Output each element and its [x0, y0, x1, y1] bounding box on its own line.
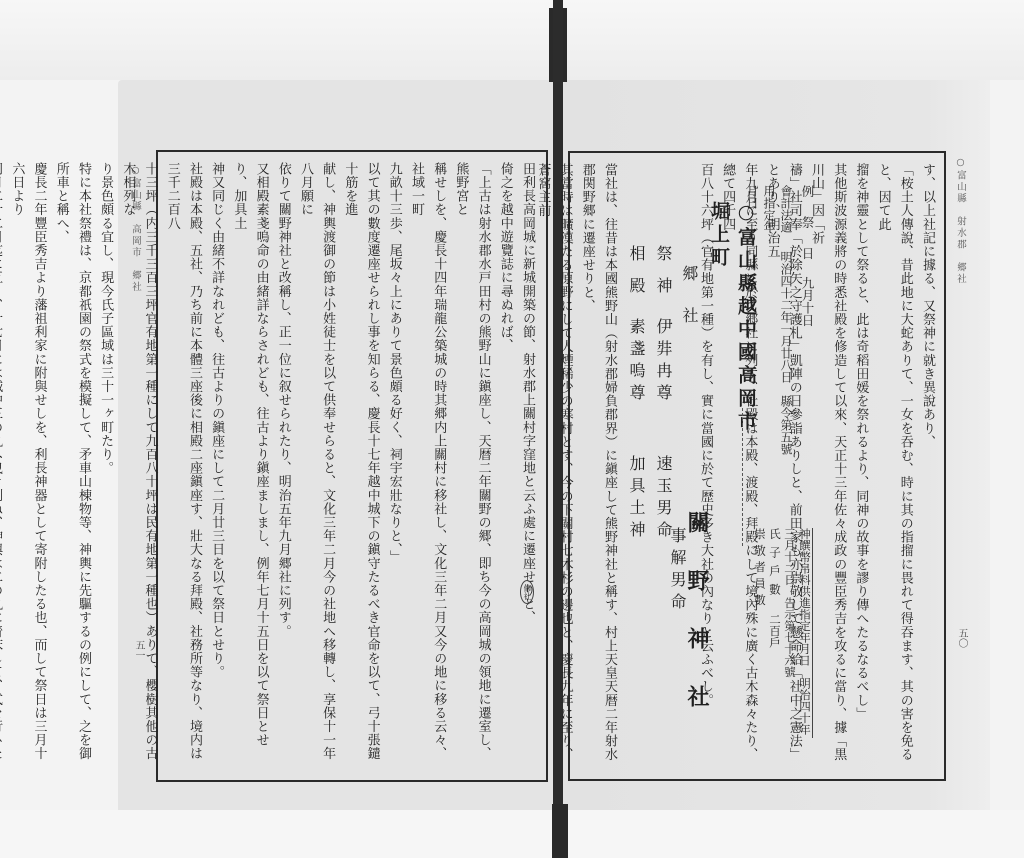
- text-column: 倚之を越中遊覽誌に尋ぬれば、: [494, 162, 516, 770]
- deity-kotosaka: 事解男命: [666, 527, 689, 615]
- text-column: 「桉土人傳說、昔此地に大蛇ありて、一女を吞む、時に其の指㨨に畏れて得吞ます、其の…: [871, 163, 915, 771]
- associated-deities-label: 相殿: [625, 245, 648, 309]
- text-column: 九畝十三歩、尾坂々上にありて景色頗る好く、祠宇宏壯なりと、」: [383, 162, 405, 770]
- offerings-info-box: 神饌幣帛料供進指定年月日 明治四十年三月十二日 告示第七十六號 氏子戶數 二百戶…: [754, 528, 813, 738]
- dashed-separator: [742, 408, 743, 546]
- text-column: 以て其の數度遷座せられし事を知らる、慶長十七年越中城下の鎭守たるべき官命を以て、…: [338, 162, 382, 770]
- text-column: 稱せしを、慶長十四年瑞龍公築城の時其郷内上關村に移社し、文化三年二月又今の地に移…: [405, 162, 449, 770]
- scan-background-bottom: [0, 810, 1024, 858]
- text-column: 社殿は本殿、五社、乃ち前に本體三座後に相殿二座鎭座す、壯大なる拜殿、社務所等なり…: [161, 162, 205, 770]
- right-page-number: 五〇: [954, 628, 969, 648]
- offerings-row: 神饌幣帛料供進指定年月日 明治四十年三月十二日 告示第七十六號: [782, 528, 812, 738]
- text-column: 其當時は曠漠たる原野にして人煙稀少の寒村とす、今の下關村七木杉の邊也と、慶長九年…: [531, 163, 575, 771]
- parishioner-label: 氏子戶數: [768, 528, 782, 602]
- text-column: 㨨を神靈として祭ると、此は奇稻田媛を祭れるより、同神の故事を謬り傳へたるなるべし…: [849, 163, 871, 771]
- text-column: 十三坪（内三千三百三坪官有地第一種にして九百八十坪は民有地第一種也）ありて、櫻樹…: [116, 162, 160, 770]
- worshipper-row: 崇敬者員數: [752, 528, 767, 738]
- left-text-frame: 田利長高岡城に新城開築の節、射水郡上關村字窪地と云ふ處に遷座せりと、 倚之を越中…: [156, 150, 548, 782]
- text-column: 神又同じく由緒不詳なれども、往古よりの鎭座にして二月廿三日を以て祭日とせり。: [205, 162, 227, 770]
- text-column: 又相殿素戔嗚命の由緒詳ならされども、往古より鎭座ましまし、例年七月十五日を以て祭…: [227, 162, 271, 770]
- text-column: す、以上社記に據る、又祭神に就き異說あり、: [916, 163, 938, 771]
- worshipper-label: 崇敬者員數: [753, 528, 767, 611]
- parishioner-row: 氏子戶數 二百戶: [767, 528, 782, 738]
- text-column: 當社は、往昔は本國熊野山（射水郡婦負郡界）に鎭座して熊野神社と稱す、村上天皇天暦…: [576, 163, 620, 771]
- right-text-frame: す、以上社記に據る、又祭神に就き異說あり、 「桉土人傳說、昔此地に大蛇ありて、一…: [568, 151, 946, 781]
- text-column: 献し、神輿渡御の節は小姓徒士を以て供奉せらると、文化三年二月今の社地へ移轉し、享…: [294, 162, 338, 770]
- parishioner-value: 二百戶: [768, 614, 782, 649]
- text-column: 「上古は射水郡水戸田村の熊野山に鎭座し、天暦二年關野の郷、即ち今の高岡城の領地に…: [449, 162, 493, 770]
- deity-kagutsuchi: 加具土神: [625, 455, 648, 543]
- left-body-text: 田利長高岡城に新城開築の節、射水郡上關村字窪地と云ふ處に遷座せりと、 倚之を越中…: [166, 162, 538, 770]
- offerings-label: 神饌幣帛料供進指定年月日: [798, 528, 812, 666]
- text-column: り景色頗る宜し、現今氏子區域は三十一ヶ町たり。: [94, 162, 116, 770]
- history-text: 當社は、往昔は本國熊野山（射水郡婦負郡界）に鎭座して熊野神社と稱す、村上天皇天暦…: [574, 163, 620, 771]
- deity-susanoo: 素盞嗚尊: [625, 318, 648, 406]
- binding-tab-bottom: [552, 804, 568, 858]
- location-heading: ○富山縣越中國高岡市堀上町: [706, 201, 760, 436]
- text-column: 特に本社祭禮は、京都祇園の祭式を模擬して、矛車山棟物等、神輿に先驅するの例にして…: [50, 162, 94, 770]
- main-deities-label: 祭神: [652, 245, 675, 309]
- text-column: 依りて關野神社と改稱し、正一位に叙せられたり、明治五年九月郷社に列す。: [272, 162, 294, 770]
- festival-value: 九月十日: [800, 277, 815, 327]
- accounting-value: 明治四十二年一月廿八日 縣令第五號: [756, 251, 794, 455]
- text-column: 同月二十二日迄に亙り、十七日には城中三の丸へ曳き列ね、神輿は二の丸に着床して、式…: [0, 162, 5, 770]
- deity-izanami: 伊弉冉尊: [652, 318, 675, 406]
- festival-label: 例 祭 日: [800, 185, 815, 263]
- scan-background-top: [0, 0, 1024, 80]
- shrine-rank: 郷社: [678, 265, 701, 349]
- text-column: 慶長二年豐臣秀吉より藩祖利家に附與せしを、利長神器として寄附したる也、而して祭日…: [5, 162, 49, 770]
- festival-day: 例 祭 日九月十日: [798, 185, 816, 327]
- right-running-head: ○富山縣 射水郡 郷社: [953, 157, 967, 285]
